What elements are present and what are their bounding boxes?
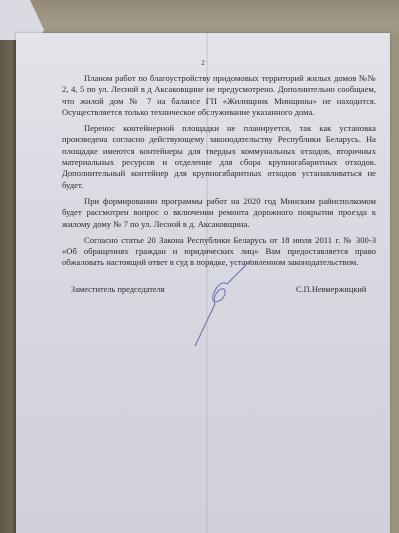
paragraph-road-repair: При формировании программы работ на 2020… [62,196,376,230]
letter-page: 2 Планом работ по благоустройству придом… [16,33,390,533]
page-number: 2 [16,59,390,67]
paragraph-improvement-plan: Планом работ по благоустройству придомов… [62,73,376,118]
letter-body: Планом работ по благоустройству придомов… [62,73,376,274]
handwritten-signature-icon [191,258,261,348]
signatory-title: Заместитель председателя [71,285,165,294]
paragraph-container-site: Перенос контейнерной площадки не планиру… [62,123,376,191]
signatory-name: С.П.Невмержицкий [296,285,366,294]
